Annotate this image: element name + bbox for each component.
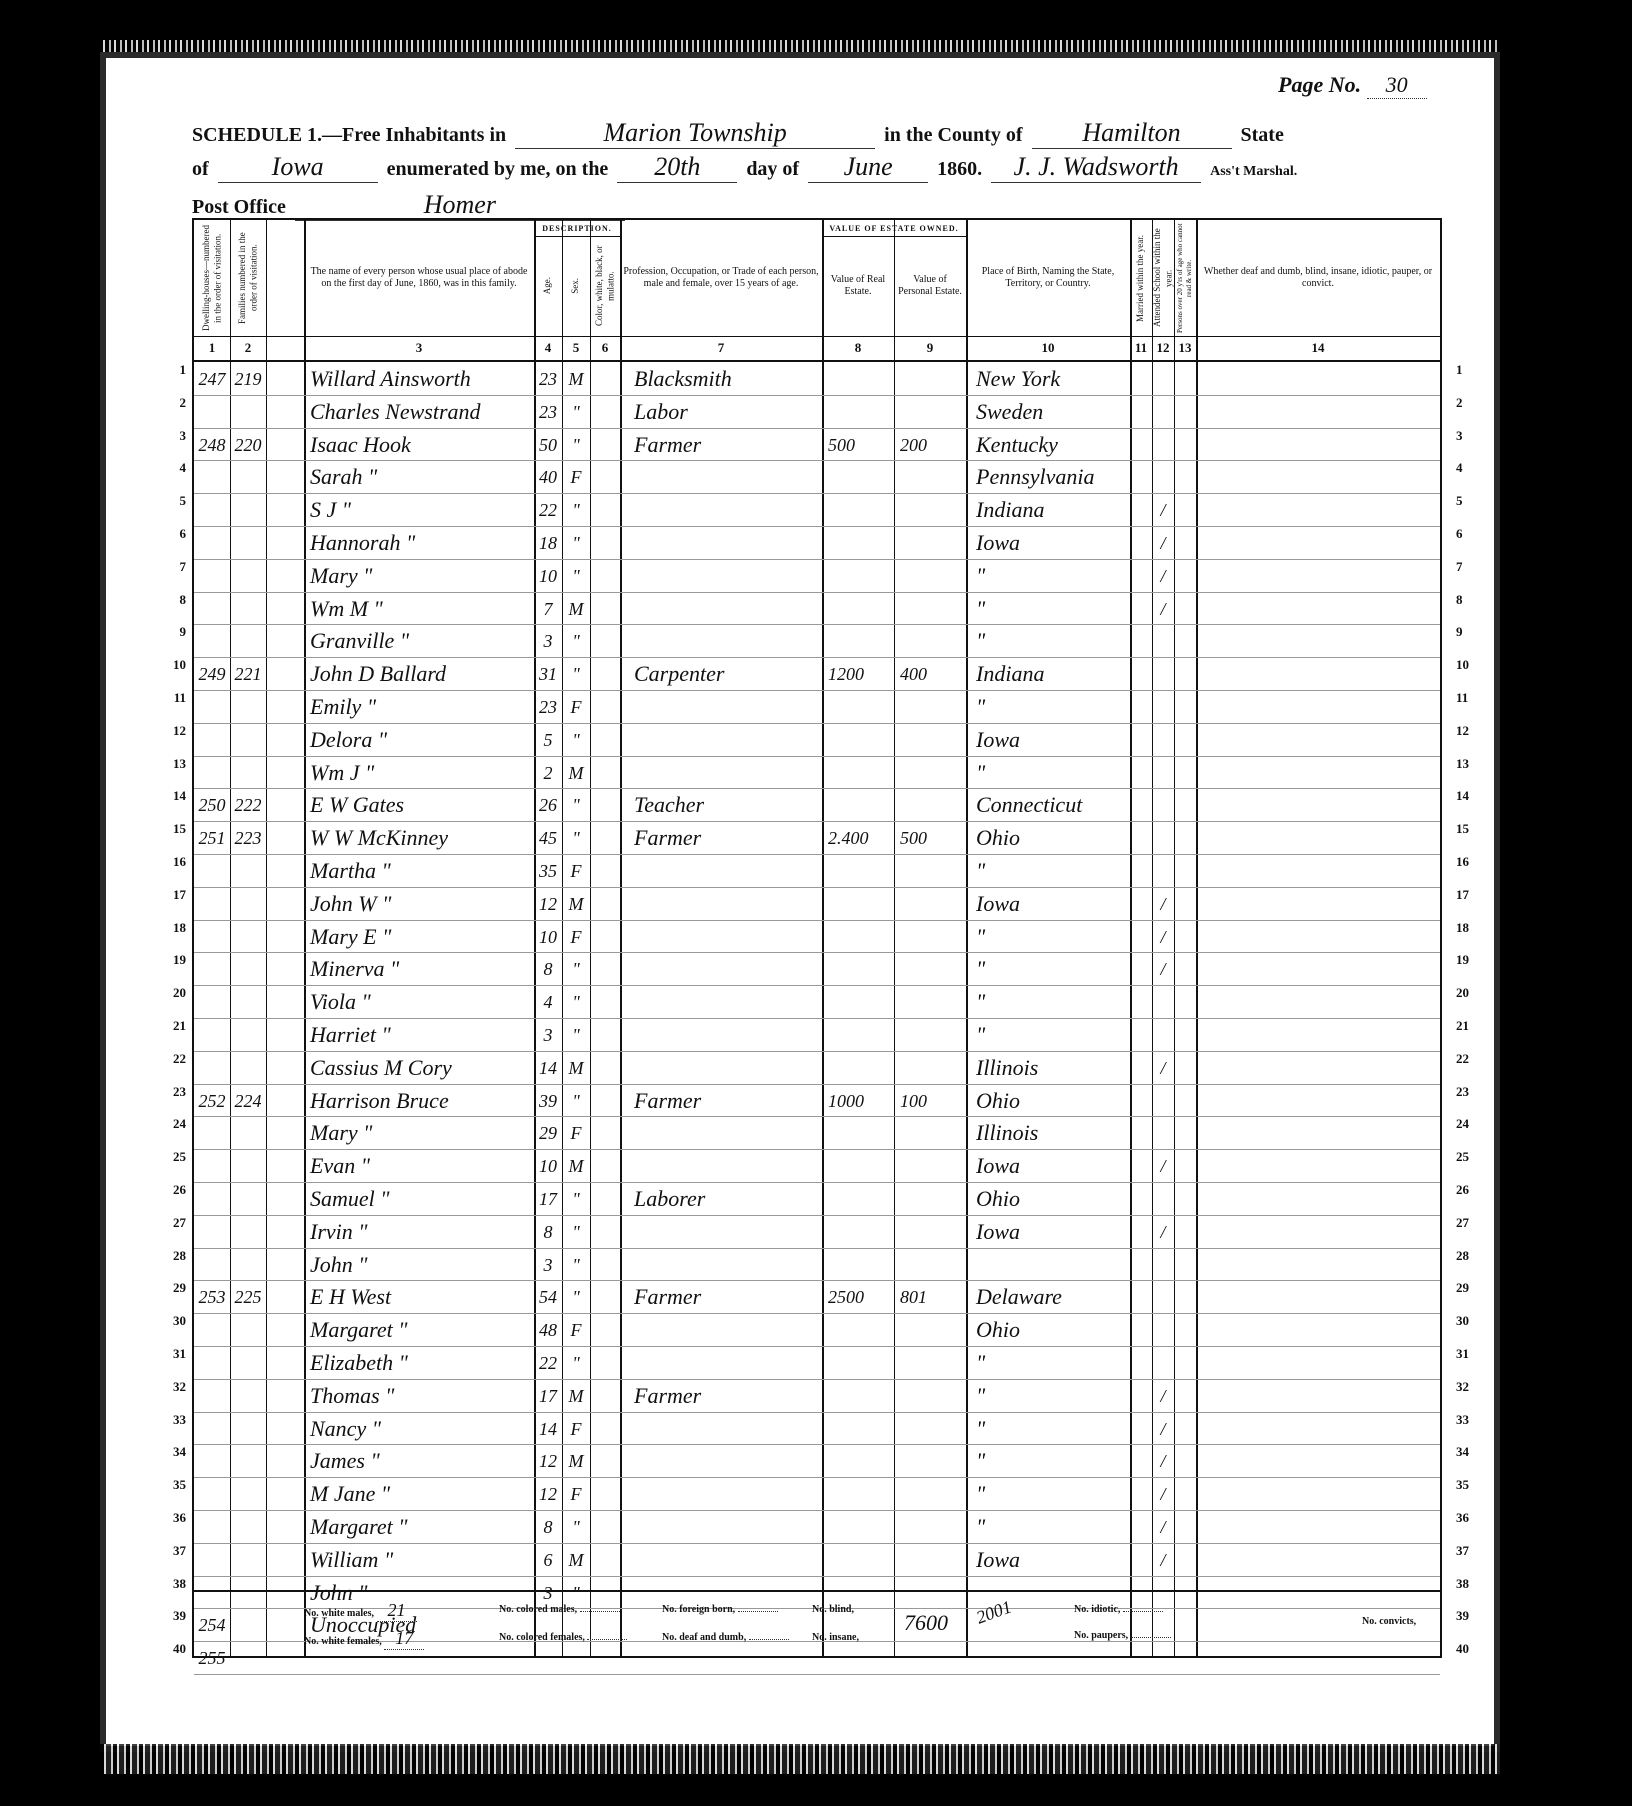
cell-name: Sarah " xyxy=(310,460,534,493)
line-number-left: 6 xyxy=(166,526,186,542)
table-row: 32Thomas "17MFarmer"/32 xyxy=(194,1379,1440,1413)
cell-age: 23 xyxy=(534,395,562,428)
blind-total: No. blind, xyxy=(812,1604,854,1615)
cell-dwelling xyxy=(194,559,230,592)
table-row: 4Sarah "40FPennsylvania4 xyxy=(194,460,1440,494)
cell-occupation xyxy=(634,854,822,887)
line-number-left: 30 xyxy=(166,1313,186,1329)
personal-estate-total: 2001 xyxy=(973,1596,1014,1628)
cell-occupation xyxy=(634,559,822,592)
cell-birth: Indiana xyxy=(976,493,1130,526)
cell-personal xyxy=(900,1313,966,1346)
cell-family xyxy=(230,1543,266,1576)
cell-age: 5 xyxy=(534,723,562,756)
cell-sex: F xyxy=(562,854,590,887)
cell-sex: " xyxy=(562,1346,590,1379)
cell-family xyxy=(230,1116,266,1149)
cell-birth: " xyxy=(976,1412,1130,1445)
cell-name: Harrison Bruce xyxy=(310,1084,534,1117)
cell-school: / xyxy=(1152,526,1174,559)
cell-personal xyxy=(900,1018,966,1051)
cell-real: 500 xyxy=(828,428,894,461)
cell-occupation xyxy=(634,920,822,953)
cell-family xyxy=(230,395,266,428)
cell-occupation xyxy=(634,1149,822,1182)
cell-age: 4 xyxy=(534,985,562,1018)
cell-age: 12 xyxy=(534,1477,562,1510)
colored-males-total: No. colored males, xyxy=(499,1604,620,1615)
cell-family: 221 xyxy=(230,657,266,690)
cell-personal xyxy=(900,756,966,789)
cell-name: Wm J " xyxy=(310,756,534,789)
cell-family xyxy=(230,1018,266,1051)
cell-sex: F xyxy=(562,920,590,953)
table-row: 37William "6MIowa/37 xyxy=(194,1543,1440,1577)
cell-occupation xyxy=(634,1346,822,1379)
cell-personal xyxy=(900,952,966,985)
cell-school xyxy=(1152,985,1174,1018)
cell-occupation: Blacksmith xyxy=(634,362,822,395)
table-row: 15251223W W McKinney45"Farmer2.400500Ohi… xyxy=(194,821,1440,855)
foreign-born-total: No. foreign born, xyxy=(662,1604,778,1615)
cell-age: 50 xyxy=(534,428,562,461)
cell-real xyxy=(828,920,894,953)
cell-personal xyxy=(900,362,966,395)
cell-occupation xyxy=(634,592,822,625)
cell-dwelling: 252 xyxy=(194,1084,230,1117)
col-header-age: Age. xyxy=(534,236,562,336)
cell-sex: " xyxy=(562,1510,590,1543)
cell-name: Isaac Hook xyxy=(310,428,534,461)
cell-birth: " xyxy=(976,920,1130,953)
line-number-left: 33 xyxy=(166,1412,186,1428)
cell-real xyxy=(828,1248,894,1281)
cell-family xyxy=(230,460,266,493)
line-number-left: 31 xyxy=(166,1346,186,1362)
white-females-total: No. white females, 17 xyxy=(304,1628,424,1650)
cell-real xyxy=(828,1346,894,1379)
cell-age: 2 xyxy=(534,756,562,789)
cell-sex: " xyxy=(562,1215,590,1248)
cell-school: / xyxy=(1152,920,1174,953)
table-row: 8Wm M "7M"/8 xyxy=(194,592,1440,626)
line-number-left: 19 xyxy=(166,952,186,968)
table-row: 36Margaret "8""/36 xyxy=(194,1510,1440,1544)
insane-total: No. insane, xyxy=(812,1632,859,1643)
cell-occupation xyxy=(634,1018,822,1051)
cell-age: 3 xyxy=(534,1248,562,1281)
cell-dwelling xyxy=(194,1182,230,1215)
cell-name: Samuel " xyxy=(310,1182,534,1215)
cell-personal xyxy=(900,1444,966,1477)
cell-real xyxy=(828,1379,894,1412)
cell-family xyxy=(230,1379,266,1412)
line-number-left: 24 xyxy=(166,1116,186,1132)
cell-sex: " xyxy=(562,985,590,1018)
cell-occupation xyxy=(634,1313,822,1346)
cell-real xyxy=(828,887,894,920)
cell-real xyxy=(828,1412,894,1445)
cell-name: M Jane " xyxy=(310,1477,534,1510)
cell-family xyxy=(230,592,266,625)
cell-real xyxy=(828,1313,894,1346)
cell-name: Mary " xyxy=(310,1116,534,1149)
cell-personal xyxy=(900,592,966,625)
cell-real xyxy=(828,756,894,789)
cell-sex: " xyxy=(562,1280,590,1313)
cell-sex: M xyxy=(562,1444,590,1477)
cell-school xyxy=(1152,624,1174,657)
cell-dwelling xyxy=(194,985,230,1018)
line-number-left: 32 xyxy=(166,1379,186,1395)
cell-birth: " xyxy=(976,690,1130,723)
cell-sex: F xyxy=(562,690,590,723)
cell-birth: Ohio xyxy=(976,821,1130,854)
cell-sex: F xyxy=(562,1477,590,1510)
cell-sex: M xyxy=(562,756,590,789)
cell-dwelling xyxy=(194,1215,230,1248)
cell-sex: " xyxy=(562,428,590,461)
cell-age: 7 xyxy=(534,592,562,625)
cell-family xyxy=(230,526,266,559)
line-number-left: 21 xyxy=(166,1018,186,1034)
cell-dwelling xyxy=(194,1510,230,1543)
cell-occupation: Laborer xyxy=(634,1182,822,1215)
cell-school xyxy=(1152,756,1174,789)
cell-sex: " xyxy=(562,395,590,428)
cell-dwelling xyxy=(194,493,230,526)
cell-occupation: Labor xyxy=(634,395,822,428)
line-number-left: 28 xyxy=(166,1248,186,1264)
line-number-right: 13 xyxy=(1456,756,1480,772)
line-number-right: 17 xyxy=(1456,887,1480,903)
line-number-left: 17 xyxy=(166,887,186,903)
convicts-total: No. convicts, xyxy=(1362,1616,1416,1627)
line-number-left: 34 xyxy=(166,1444,186,1460)
page-number-value: 30 xyxy=(1367,72,1427,99)
cell-family xyxy=(230,1477,266,1510)
cell-occupation xyxy=(634,493,822,526)
table-row: 19Minerva "8""/19 xyxy=(194,952,1440,986)
cell-family xyxy=(230,1215,266,1248)
cell-school: / xyxy=(1152,887,1174,920)
cell-real xyxy=(828,559,894,592)
white-males-total: No. white males, 21 xyxy=(304,1600,417,1622)
line-number-right: 39 xyxy=(1456,1608,1480,1624)
cell-school: / xyxy=(1152,592,1174,625)
table-row: 24Mary "29FIllinois24 xyxy=(194,1116,1440,1150)
cell-name: Irvin " xyxy=(310,1215,534,1248)
cell-school: / xyxy=(1152,1444,1174,1477)
cell-birth: " xyxy=(976,1379,1130,1412)
line-number-right: 18 xyxy=(1456,920,1480,936)
table-row: 31Elizabeth "22""31 xyxy=(194,1346,1440,1380)
table-row: 10249221John D Ballard31"Carpenter120040… xyxy=(194,657,1440,691)
cell-school xyxy=(1152,723,1174,756)
cell-school xyxy=(1152,1313,1174,1346)
page-number: Page No. 30 xyxy=(1278,72,1427,99)
cell-birth: " xyxy=(976,1444,1130,1477)
table-row: 5S J "22"Indiana/5 xyxy=(194,493,1440,527)
table-row: 34James "12M"/34 xyxy=(194,1444,1440,1478)
cell-sex: " xyxy=(562,1248,590,1281)
cell-personal xyxy=(900,1477,966,1510)
cell-occupation xyxy=(634,1543,822,1576)
cell-name: E H West xyxy=(310,1280,534,1313)
line-number-right: 34 xyxy=(1456,1444,1480,1460)
cell-sex: F xyxy=(562,460,590,493)
cell-personal xyxy=(900,559,966,592)
cell-dwelling: 253 xyxy=(194,1280,230,1313)
cell-school xyxy=(1152,362,1174,395)
cell-age: 23 xyxy=(534,690,562,723)
line-number-right: 31 xyxy=(1456,1346,1480,1362)
cell-occupation: Farmer xyxy=(634,428,822,461)
cell-personal xyxy=(900,1379,966,1412)
cell-school xyxy=(1152,657,1174,690)
line-number-left: 12 xyxy=(166,723,186,739)
line-number-left: 2 xyxy=(166,395,186,411)
table-row: 17John W "12MIowa/17 xyxy=(194,887,1440,921)
cell-occupation: Farmer xyxy=(634,1084,822,1117)
cell-age: 22 xyxy=(534,1346,562,1379)
cell-sex: " xyxy=(562,723,590,756)
line-number-left: 7 xyxy=(166,559,186,575)
line-number-right: 26 xyxy=(1456,1182,1480,1198)
cell-name: Granville " xyxy=(310,624,534,657)
cell-dwelling xyxy=(194,887,230,920)
line-number-left: 5 xyxy=(166,493,186,509)
cell-personal xyxy=(900,1510,966,1543)
cell-birth: Connecticut xyxy=(976,788,1130,821)
cell-personal xyxy=(900,460,966,493)
cell-family: 223 xyxy=(230,821,266,854)
line-number-right: 22 xyxy=(1456,1051,1480,1067)
line-number-right: 5 xyxy=(1456,493,1480,509)
line-number-left: 22 xyxy=(166,1051,186,1067)
cell-age: 54 xyxy=(534,1280,562,1313)
line-number-right: 32 xyxy=(1456,1379,1480,1395)
cell-real: 2.400 xyxy=(828,821,894,854)
cell-real xyxy=(828,1510,894,1543)
cell-birth: Ohio xyxy=(976,1084,1130,1117)
cell-age: 45 xyxy=(534,821,562,854)
cell-real xyxy=(828,1116,894,1149)
cell-birth: " xyxy=(976,854,1130,887)
table-row: 33Nancy "14F"/33 xyxy=(194,1412,1440,1446)
cell-personal: 100 xyxy=(900,1084,966,1117)
cell-name: Charles Newstrand xyxy=(310,395,534,428)
cell-real: 1000 xyxy=(828,1084,894,1117)
cell-school xyxy=(1152,690,1174,723)
cell-family xyxy=(230,1313,266,1346)
cell-dwelling xyxy=(194,395,230,428)
cell-name: Mary " xyxy=(310,559,534,592)
cell-dwelling xyxy=(194,1116,230,1149)
cell-personal xyxy=(900,1116,966,1149)
line-number-right: 36 xyxy=(1456,1510,1480,1526)
cell-occupation: Carpenter xyxy=(634,657,822,690)
line-number-left: 4 xyxy=(166,460,186,476)
col-header-occupation: Profession, Occupation, or Trade of each… xyxy=(620,220,822,336)
cell-birth xyxy=(976,1248,1130,1281)
cell-age: 14 xyxy=(534,1412,562,1445)
cell-name: Thomas " xyxy=(310,1379,534,1412)
cell-birth: Iowa xyxy=(976,887,1130,920)
line-number-left: 39 xyxy=(166,1608,186,1624)
line-number-left: 18 xyxy=(166,920,186,936)
cell-occupation xyxy=(634,1510,822,1543)
table-row: 13Wm J "2M"13 xyxy=(194,756,1440,790)
cell-birth: Indiana xyxy=(976,657,1130,690)
cell-family xyxy=(230,756,266,789)
cell-sex: M xyxy=(562,592,590,625)
cell-sex: M xyxy=(562,1543,590,1576)
cell-occupation: Farmer xyxy=(634,1280,822,1313)
table-row: 6Hannorah "18"Iowa/6 xyxy=(194,526,1440,560)
column-number-row: 1 2 3 4 5 6 7 8 9 10 11 12 13 14 xyxy=(194,336,1440,362)
cell-school: / xyxy=(1152,1477,1174,1510)
col-header-dwelling: Dwelling-houses—numbered in the order of… xyxy=(194,220,230,336)
cell-name: E W Gates xyxy=(310,788,534,821)
table-row: 14250222E W Gates26"TeacherConnecticut14 xyxy=(194,788,1440,822)
line-number-left: 3 xyxy=(166,428,186,444)
table-row: 20Viola "4""20 xyxy=(194,985,1440,1019)
cell-real xyxy=(828,493,894,526)
cell-personal xyxy=(900,624,966,657)
cell-personal xyxy=(900,1248,966,1281)
cell-sex: M xyxy=(562,1379,590,1412)
line-number-right: 37 xyxy=(1456,1543,1480,1559)
cell-birth: " xyxy=(976,592,1130,625)
line-number-left: 15 xyxy=(166,821,186,837)
cell-dwelling xyxy=(194,526,230,559)
group-value-estate: VALUE OF ESTATE OWNED. xyxy=(822,224,966,233)
line-number-right: 28 xyxy=(1456,1248,1480,1264)
line-number-right: 25 xyxy=(1456,1149,1480,1165)
table-row: 29253225E H West54"Farmer2500801Delaware… xyxy=(194,1280,1440,1314)
table-row: 23252224Harrison Bruce39"Farmer1000100Oh… xyxy=(194,1084,1440,1118)
cell-age: 8 xyxy=(534,952,562,985)
cell-dwelling xyxy=(194,460,230,493)
cell-dwelling xyxy=(194,592,230,625)
cell-name: Elizabeth " xyxy=(310,1346,534,1379)
cell-personal xyxy=(900,1412,966,1445)
line-number-right: 16 xyxy=(1456,854,1480,870)
cell-name: Nancy " xyxy=(310,1412,534,1445)
cell-name: Hannorah " xyxy=(310,526,534,559)
cell-personal: 400 xyxy=(900,657,966,690)
cell-age: 26 xyxy=(534,788,562,821)
cell-family xyxy=(230,1149,266,1182)
line-number-right: 11 xyxy=(1456,690,1480,706)
cell-name: Viola " xyxy=(310,985,534,1018)
line-number-left: 8 xyxy=(166,592,186,608)
cell-name: Harriet " xyxy=(310,1018,534,1051)
cell-name: John W " xyxy=(310,887,534,920)
cell-occupation xyxy=(634,723,822,756)
cell-family: 219 xyxy=(230,362,266,395)
cell-sex: M xyxy=(562,1149,590,1182)
line-number-left: 25 xyxy=(166,1149,186,1165)
cell-birth: Illinois xyxy=(976,1116,1130,1149)
line-number-left: 16 xyxy=(166,854,186,870)
cell-dwelling: 248 xyxy=(194,428,230,461)
cell-occupation xyxy=(634,1412,822,1445)
cell-school xyxy=(1152,1018,1174,1051)
cell-personal xyxy=(900,723,966,756)
cell-family xyxy=(230,1510,266,1543)
cell-occupation xyxy=(634,690,822,723)
table-row: 28John "3"28 xyxy=(194,1248,1440,1282)
cell-family: 224 xyxy=(230,1084,266,1117)
cell-sex: " xyxy=(562,1018,590,1051)
cell-dwelling xyxy=(194,1477,230,1510)
cell-school xyxy=(1152,428,1174,461)
table-row: 3248220Isaac Hook50"Farmer500200Kentucky… xyxy=(194,428,1440,462)
cell-occupation xyxy=(634,952,822,985)
line-number-left: 14 xyxy=(166,788,186,804)
cell-personal xyxy=(900,1346,966,1379)
cell-name: John " xyxy=(310,1248,534,1281)
col-header-married: Married within the year. xyxy=(1130,220,1152,336)
cell-real: 1200 xyxy=(828,657,894,690)
col-header-illiterate: Persons over 20 y'rs of age who cannot r… xyxy=(1174,220,1196,336)
cell-name: John D Ballard xyxy=(310,657,534,690)
cell-birth: Pennsylvania xyxy=(976,460,1130,493)
cell-name: James " xyxy=(310,1444,534,1477)
col-header-disability: Whether deaf and dumb, blind, insane, id… xyxy=(1196,220,1440,336)
cell-occupation xyxy=(634,1444,822,1477)
cell-personal xyxy=(900,1543,966,1576)
idiotic-total: No. idiotic, xyxy=(1074,1604,1163,1615)
cell-name: Willard Ainsworth xyxy=(310,362,534,395)
cell-occupation: Farmer xyxy=(634,821,822,854)
table-row: 1247219Willard Ainsworth23MBlacksmithNew… xyxy=(194,362,1440,396)
cell-sex: M xyxy=(562,1051,590,1084)
cell-school: / xyxy=(1152,1215,1174,1248)
cell-real xyxy=(828,854,894,887)
cell-birth: Ohio xyxy=(976,1182,1130,1215)
cell-personal xyxy=(900,526,966,559)
cell-real xyxy=(828,362,894,395)
header-line-3: Post Office Homer xyxy=(192,190,629,221)
line-number-right: 8 xyxy=(1456,592,1480,608)
township-field: Marion Township xyxy=(515,118,875,149)
cell-dwelling xyxy=(194,1018,230,1051)
cell-personal xyxy=(900,1182,966,1215)
cell-age: 48 xyxy=(534,1313,562,1346)
cell-birth: " xyxy=(976,1018,1130,1051)
cell-personal: 200 xyxy=(900,428,966,461)
cell-real xyxy=(828,1543,894,1576)
cell-sex: F xyxy=(562,1412,590,1445)
cell-sex: " xyxy=(562,657,590,690)
line-number-left: 10 xyxy=(166,657,186,673)
cell-birth: " xyxy=(976,1477,1130,1510)
cell-school: / xyxy=(1152,559,1174,592)
col-header-name: The name of every person whose usual pla… xyxy=(304,220,534,336)
cell-family xyxy=(230,920,266,953)
page-totals: No. white males, 21 No. white females, 1… xyxy=(194,1590,1440,1656)
cell-sex: F xyxy=(562,1116,590,1149)
cell-dwelling xyxy=(194,756,230,789)
cell-dwelling xyxy=(194,1149,230,1182)
cell-personal xyxy=(900,985,966,1018)
cell-family xyxy=(230,854,266,887)
line-number-right: 1 xyxy=(1456,362,1480,378)
cell-occupation xyxy=(634,887,822,920)
